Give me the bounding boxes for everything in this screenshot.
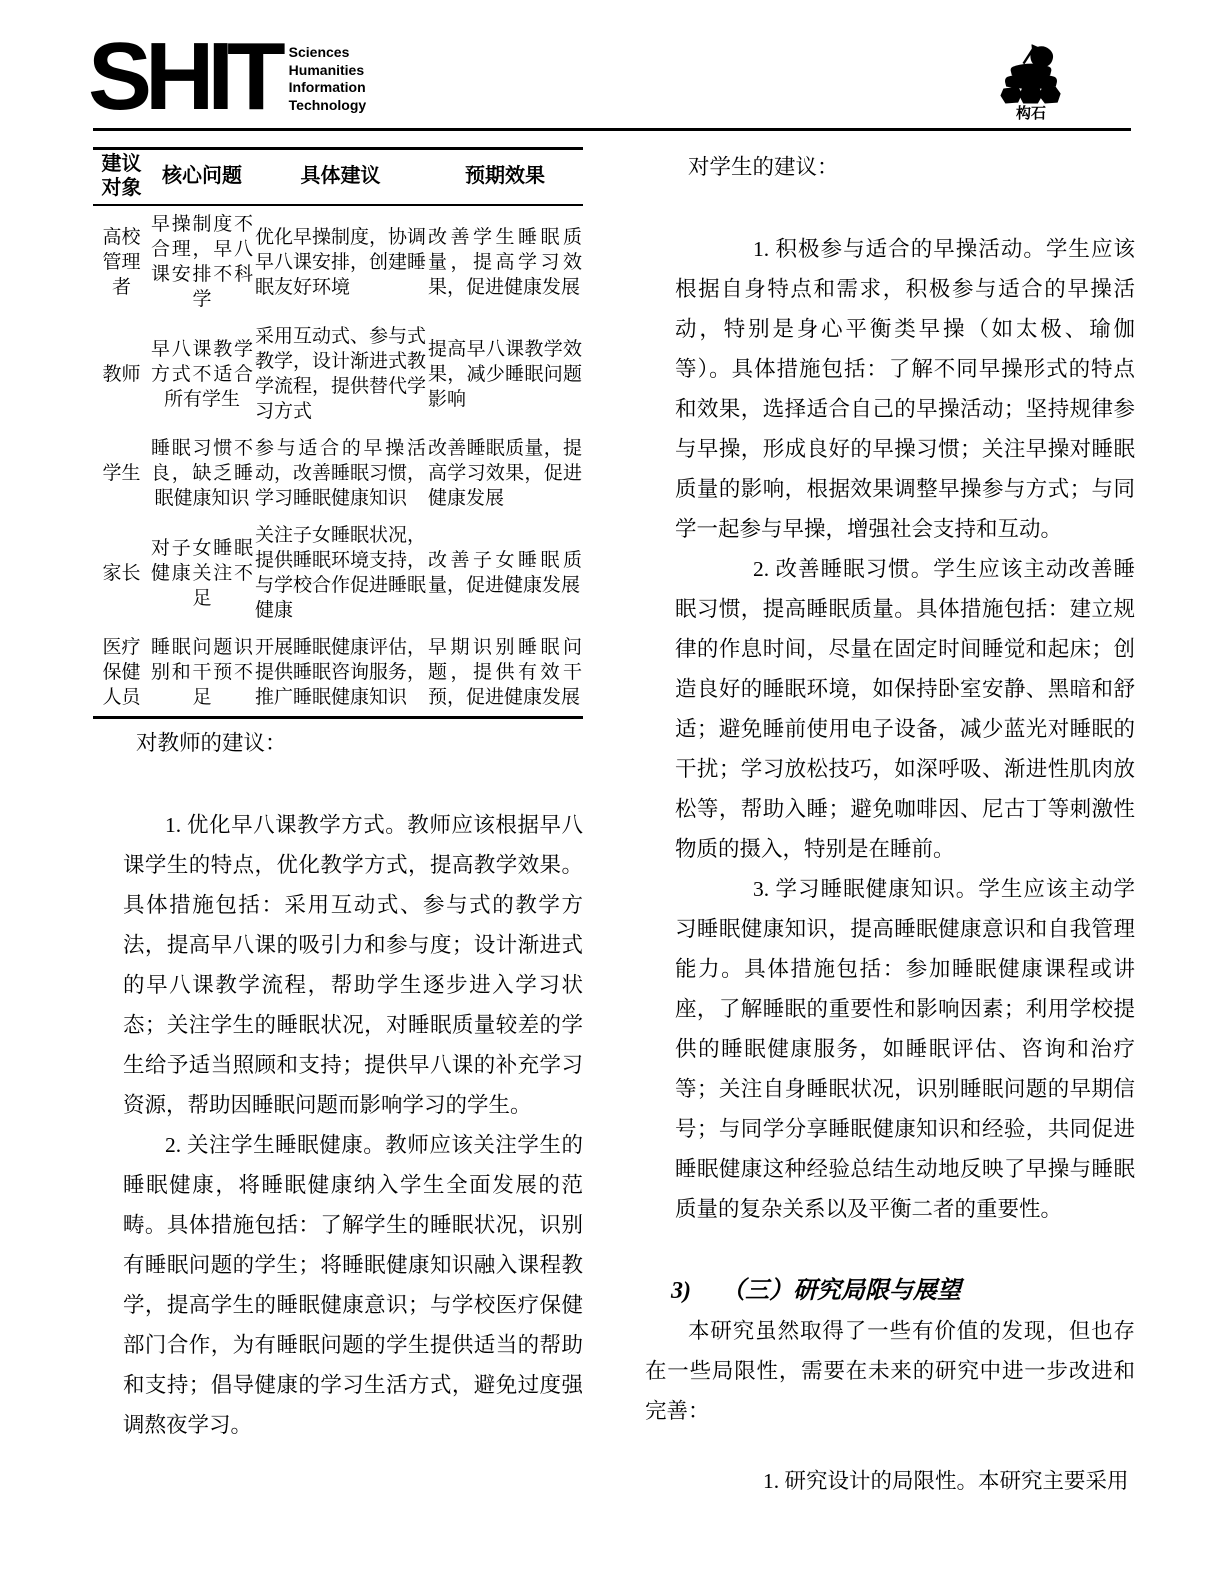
cell-effect: 改善学生睡眠质量，提高学习效果，促进健康发展	[427, 205, 583, 318]
student-suggestion-paragraph-2: 2. 改善睡眠习惯。学生应该主动改善睡眠习惯，提高睡眠质量。具体措施包括：建立规…	[675, 549, 1135, 869]
limitations-intro-paragraph: 本研究虽然取得了一些有价值的发现，但也存在一些局限性，需要在未来的研究中进一步改…	[645, 1311, 1135, 1431]
right-column: 对学生的建议： 1. 积极参与适合的早操活动。学生应该根据自身特点和需求，积极参…	[645, 147, 1135, 1501]
table-row: 医疗保健人员 睡眠问题识别和干预不足 开展睡眠健康评估，提供睡眠咨询服务，推广睡…	[93, 629, 583, 718]
student-suggestion-paragraph-1: 1. 积极参与适合的早操活动。学生应该根据自身特点和需求，积极参与适合的早操活动…	[675, 229, 1135, 549]
cell-effect: 提高早八课教学效果，减少睡眠问题影响	[427, 318, 583, 430]
limitations-item-1: 1. 研究设计的局限性。本研究主要采用	[675, 1461, 1135, 1501]
journal-masthead: SHIT Sciences Humanities Information Tec…	[93, 42, 1131, 128]
journal-logo-text: SHIT	[88, 42, 279, 112]
cell-effect: 早期识别睡眠问题，提供有效干预，促进健康发展	[427, 629, 583, 718]
journal-tagline: Sciences Humanities Information Technolo…	[289, 42, 367, 114]
tagline-line: Sciences	[289, 44, 367, 62]
col-header-problem: 核心问题	[150, 149, 254, 206]
cell-suggestion: 优化早操制度，协调早八课安排，创建睡眠友好环境	[254, 205, 427, 318]
table-header-row: 建议对象 核心问题 具体建议 预期效果	[93, 149, 583, 206]
teacher-suggestion-paragraph-1: 1. 优化早八课教学方式。教师应该根据早八课学生的特点，优化教学方式，提高教学效…	[123, 805, 583, 1125]
cell-target: 学生	[93, 430, 150, 517]
cell-suggestion: 关注子女睡眠状况，提供睡眠环境支持，与学校合作促进睡眠健康	[254, 517, 427, 629]
tagline-line: Humanities	[289, 62, 367, 80]
recommendations-table: 建议对象 核心问题 具体建议 预期效果 高校管理者 早操制度不合理，早八课安排不…	[93, 147, 583, 719]
cairn-rocks-icon	[995, 42, 1067, 104]
page-body: 建议对象 核心问题 具体建议 预期效果 高校管理者 早操制度不合理，早八课安排不…	[93, 147, 1131, 1501]
table-row: 学生 睡眠习惯不良，缺乏睡眠健康知识 参与适合的早操活动，改善睡眠习惯，学习睡眠…	[93, 430, 583, 517]
cell-suggestion: 开展睡眠健康评估，提供睡眠咨询服务，推广睡眠健康知识	[254, 629, 427, 718]
cell-target: 医疗保健人员	[93, 629, 150, 718]
cell-effect: 改善子女睡眠质量，促进健康发展	[427, 517, 583, 629]
student-suggestion-paragraph-3: 3. 学习睡眠健康知识。学生应该主动学习睡眠健康知识，提高睡眠健康意识和自我管理…	[675, 869, 1135, 1229]
teacher-suggestion-paragraph-2: 2. 关注学生睡眠健康。教师应该关注学生的睡眠健康，将睡眠健康纳入学生全面发展的…	[123, 1125, 583, 1445]
publisher-logo: 构石	[983, 42, 1079, 123]
section-number: 3)	[671, 1278, 691, 1304]
col-header-suggestion: 具体建议	[254, 149, 427, 206]
section-title: （三）研究局限与展望	[721, 1278, 961, 1304]
cell-suggestion: 采用互动式、参与式教学，设计渐进式教学流程，提供替代学习方式	[254, 318, 427, 430]
journal-brand: SHIT Sciences Humanities Information Tec…	[93, 42, 366, 114]
table-row: 教师 早八课教学方式不适合所有学生 采用互动式、参与式教学，设计渐进式教学流程，…	[93, 318, 583, 430]
cell-problem: 睡眠问题识别和干预不足	[150, 629, 254, 718]
cell-problem: 睡眠习惯不良，缺乏睡眠健康知识	[150, 430, 254, 517]
cell-problem: 早操制度不合理，早八课安排不科学	[150, 205, 254, 318]
tagline-line: Information	[289, 79, 367, 97]
student-suggestions-label: 对学生的建议：	[645, 147, 1135, 187]
cell-suggestion: 参与适合的早操活动，改善睡眠习惯，学习睡眠健康知识	[254, 430, 427, 517]
left-column: 建议对象 核心问题 具体建议 预期效果 高校管理者 早操制度不合理，早八课安排不…	[93, 147, 583, 1501]
cell-target: 教师	[93, 318, 150, 430]
col-header-effect: 预期效果	[427, 149, 583, 206]
cell-problem: 早八课教学方式不适合所有学生	[150, 318, 254, 430]
table-row: 高校管理者 早操制度不合理，早八课安排不科学 优化早操制度，协调早八课安排，创建…	[93, 205, 583, 318]
cell-target: 家长	[93, 517, 150, 629]
teacher-suggestions-label: 对教师的建议：	[93, 723, 583, 763]
limitations-section-heading: 3)（三）研究局限与展望	[671, 1275, 1135, 1307]
col-header-target: 建议对象	[93, 149, 150, 206]
cell-target: 高校管理者	[93, 205, 150, 318]
table-row: 家长 对子女睡眠健康关注不足 关注子女睡眠状况，提供睡眠环境支持，与学校合作促进…	[93, 517, 583, 629]
tagline-line: Technology	[289, 97, 367, 115]
paper-page: SHIT Sciences Humanities Information Tec…	[0, 0, 1224, 1584]
cell-problem: 对子女睡眠健康关注不足	[150, 517, 254, 629]
cell-effect: 改善睡眠质量，提高学习效果，促进健康发展	[427, 430, 583, 517]
publisher-name: 构石	[983, 105, 1079, 123]
